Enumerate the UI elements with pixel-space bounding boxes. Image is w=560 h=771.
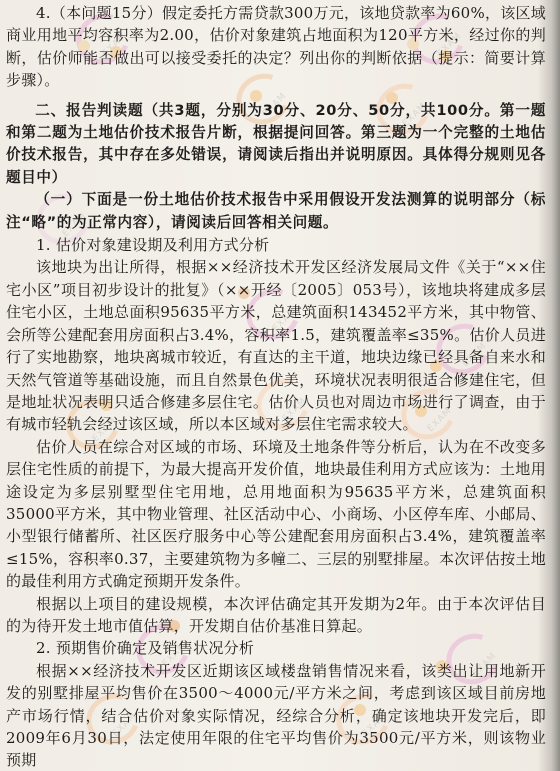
scanned-page: EXAM EXAM EXAM EXAM EXAM EXAM EXAM EXAM … — [0, 0, 560, 771]
document-body: 4.（本问题15分）假定委托方需贷款300万元，该地贷款率为60%，该区域商业用… — [6, 2, 546, 771]
section-2-heading: 二、报告判读题（共3题，分别为30分、20分、50分，共100分。第一题和第二题… — [6, 100, 546, 190]
item-1-title: 1. 估价对象建设期及利用方式分析 — [6, 234, 546, 256]
item-1-paragraph-2: 估价人员在综合对区域的市场、环境及土地条件等分析后，认为在不改变多层住宅性质的前… — [6, 436, 546, 593]
item-1-paragraph-3: 根据以上项目的建设规模，本次评估确定其开发期为2年。由于本次评估目的为待开发土地… — [6, 593, 546, 638]
item-2-paragraph-1: 根据××经济技术开发区近期该区域楼盘销售情况来看，该类出让用地新开发的别墅排屋平… — [6, 660, 546, 771]
question-4-paragraph: 4.（本问题15分）假定委托方需贷款300万元，该地贷款率为60%，该区域商业用… — [6, 2, 546, 92]
item-2-title: 2. 预期售价确定及销售状况分析 — [6, 637, 546, 659]
part-1-intro: （一）下面是一份土地估价技术报告中采用假设开发法测算的说明部分（标注“略”的为正… — [6, 189, 546, 234]
item-1-paragraph-1: 该地块为出让所得，根据××经济技术开发区经济发展局文件《关于“××住宅小区”项目… — [6, 256, 546, 435]
